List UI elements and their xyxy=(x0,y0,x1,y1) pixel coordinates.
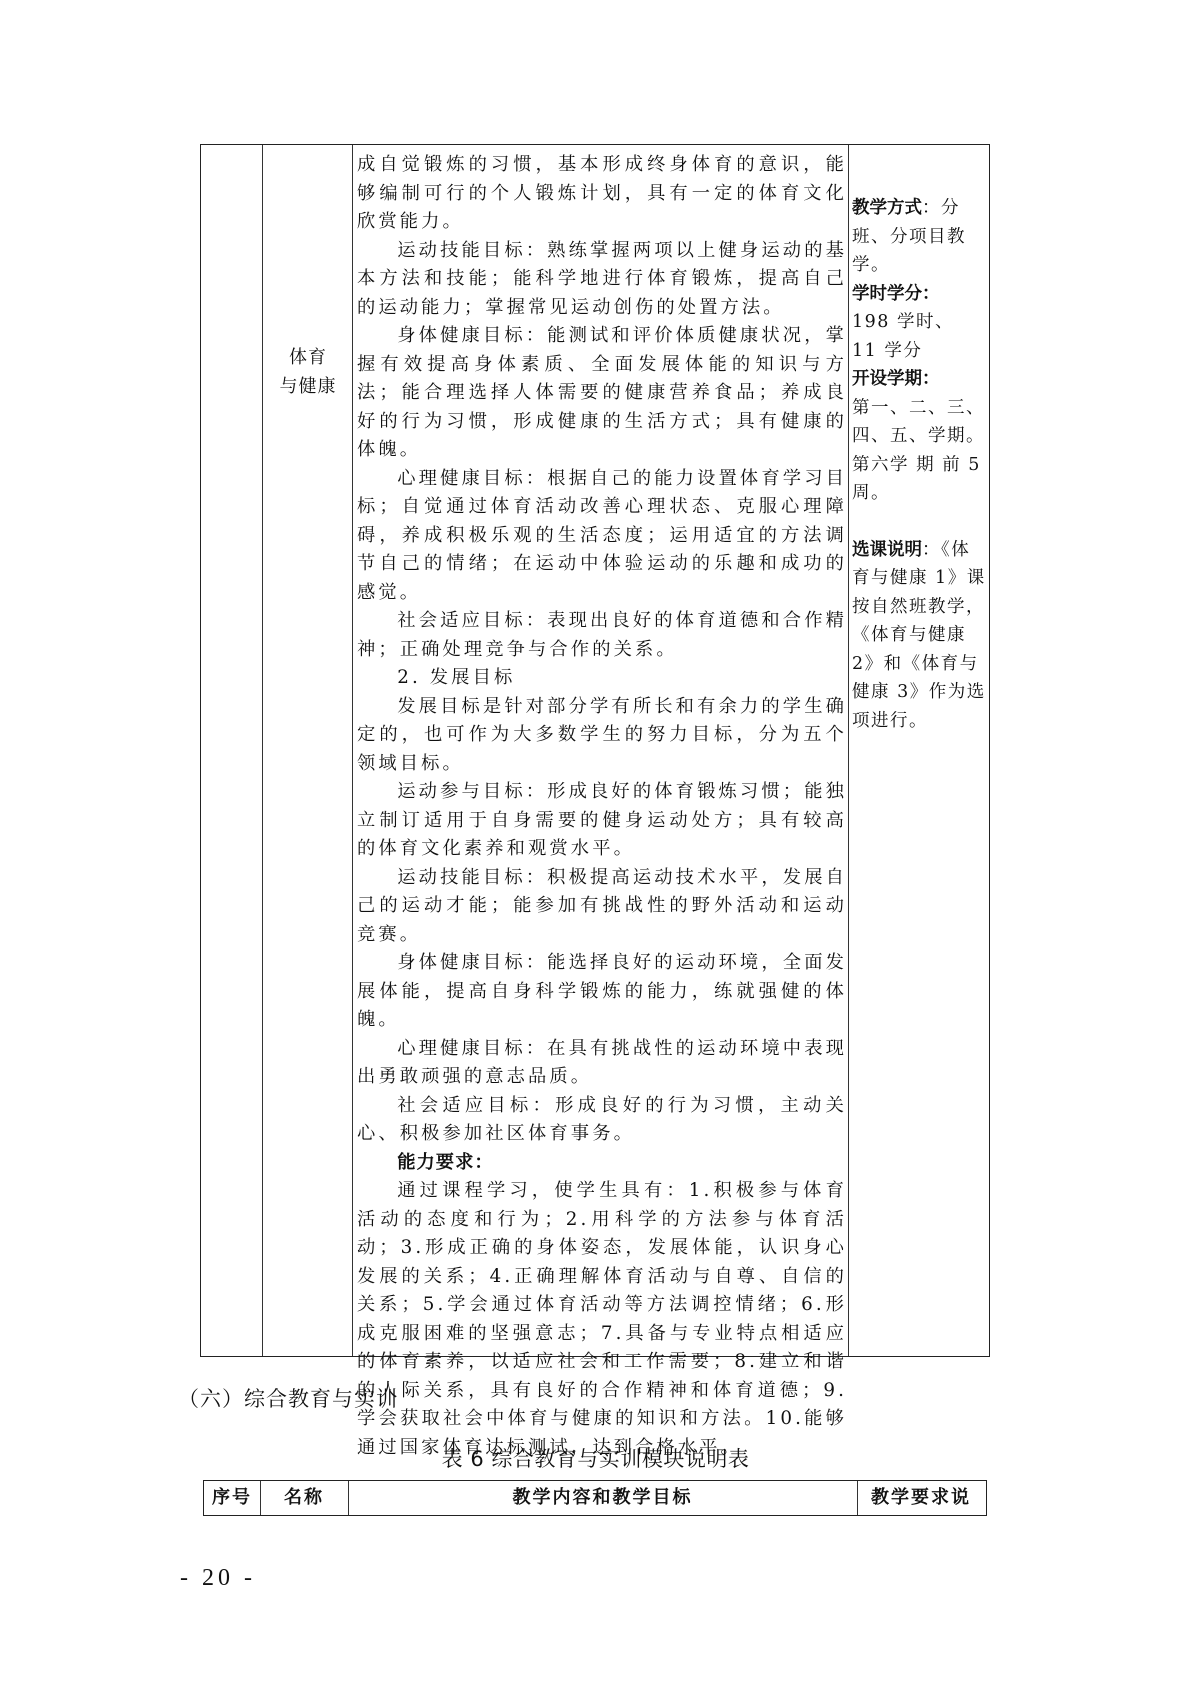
section-heading: （六）综合教育与实训 xyxy=(178,1383,398,1413)
hours-credits-label: 学时学分： xyxy=(852,284,940,304)
column-divider xyxy=(262,145,263,1356)
content-paragraph: 运动技能目标：积极提高运动技术水平，发展自己的运动才能；能参加有挑战性的野外活动… xyxy=(357,864,847,950)
content-paragraph: 身体健康目标：能测试和评价体质健康状况，掌握有效提高身体素质、全面发展体能的知识… xyxy=(357,322,847,465)
content-paragraph: 身体健康目标：能选择良好的运动环境，全面发展体能，提高自身科学锻炼的能力，练就强… xyxy=(357,949,847,1035)
course-name-line2: 与健康 xyxy=(263,372,353,401)
course-name-line1: 体育 xyxy=(263,343,353,372)
credits-value: 11 学分 xyxy=(852,337,988,366)
header-name: 名称 xyxy=(260,1481,348,1514)
ability-text: 通过课程学习，使学生具有：1.积极参与体育活动的态度和行为；2.用科学的方法参与… xyxy=(357,1177,847,1462)
content-paragraph: 社会适应目标：形成良好的行为习惯，主动关心、积极参加社区体育事务。 xyxy=(357,1092,847,1149)
column-divider xyxy=(848,145,849,1356)
term-value: 第一、二、三、四、五、学期。第六学 期 前 5周。 xyxy=(852,394,988,508)
course-name-cell: 体育 与健康 xyxy=(263,343,353,401)
course-table-pe: 体育 与健康 成自觉锻炼的习惯，基本形成终身体育的意识，能够编制可行的个人锻炼计… xyxy=(200,144,990,1357)
header-content-goals: 教学内容和教学目标 xyxy=(348,1481,857,1514)
content-paragraph: 运动参与目标：形成良好的体育锻炼习惯；能独立制订适用于自身需要的健身运动处方；具… xyxy=(357,778,847,864)
elective-label: 选课说明 xyxy=(852,540,922,560)
content-paragraph: 社会适应目标：表现出良好的体育道德和合作精神；正确处理竞争与合作的关系。 xyxy=(357,607,847,664)
content-paragraph: 成自觉锻炼的习惯，基本形成终身体育的意识，能够编制可行的个人锻炼计划，具有一定的… xyxy=(357,151,847,237)
requirements-cell: 教学方式：分班、分项目教学。 学时学分： 198 学时、 11 学分 开设学期：… xyxy=(852,194,988,735)
header-index: 序号 xyxy=(204,1481,260,1514)
hours-value: 198 学时、 xyxy=(852,308,988,337)
teaching-method-label: 教学方式 xyxy=(852,198,922,218)
content-paragraph: 发展目标是针对部分学有所长和有余力的学生确定的，也可作为大多数学生的努力目标，分… xyxy=(357,693,847,779)
table-caption-text: 表 6 综合教育与实训模块说明表 xyxy=(442,1443,750,1473)
ability-heading: 能力要求： xyxy=(397,1152,493,1173)
elective-value: ：《体育与健康 1》课 按自然班教学，《体育与健康 2》和《体育与健康 3》作为… xyxy=(852,540,986,731)
header-requirements: 教学要求说 xyxy=(857,1481,985,1514)
content-paragraph: 运动技能目标：熟练掌握两项以上健身运动的基本方法和技能；能科学地进行体育锻炼，提… xyxy=(357,237,847,323)
column-divider xyxy=(352,145,353,1356)
content-paragraph: 心理健康目标：根据自己的能力设置体育学习目标；自觉通过体育活动改善心理状态、克服… xyxy=(357,465,847,608)
term-label: 开设学期： xyxy=(852,369,940,389)
content-paragraph: 心理健康目标：在具有挑战性的运动环境中表现出勇敢顽强的意志品质。 xyxy=(357,1035,847,1092)
table-caption: 表 6 综合教育与实训模块说明表 xyxy=(0,1443,1191,1473)
content-subheading: 2. 发展目标 xyxy=(357,664,847,693)
course-content-cell: 成自觉锻炼的习惯，基本形成终身体育的意识，能够编制可行的个人锻炼计划，具有一定的… xyxy=(357,151,847,1462)
page-number: - 20 - xyxy=(180,1565,256,1592)
training-module-table: 序号 名称 教学内容和教学目标 教学要求说 xyxy=(203,1480,987,1516)
